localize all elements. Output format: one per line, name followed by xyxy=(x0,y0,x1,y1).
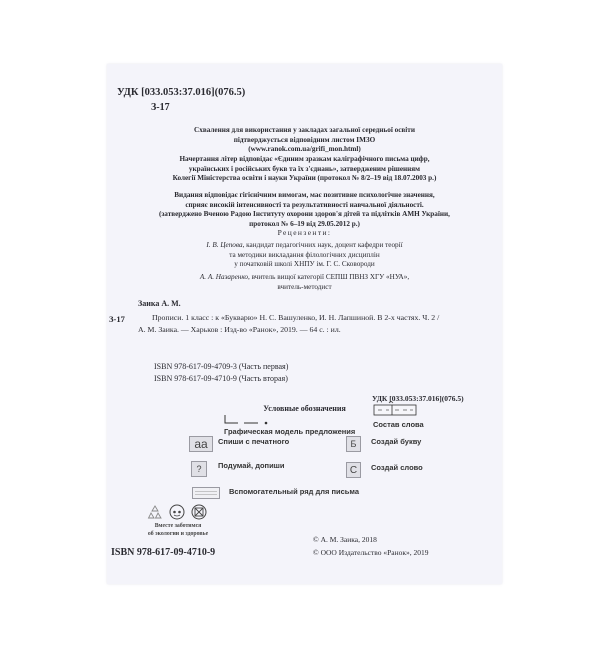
udk-code-top: УДК [033.053:37.016](076.5) xyxy=(117,87,245,98)
author-mark-top: З-17 xyxy=(151,102,170,113)
copyright-publisher: © ООО Издательство «Ранок», 2019 xyxy=(313,548,429,557)
legend-label-sentence-model: Графическая модель предложения xyxy=(224,427,355,436)
bibliography-description: Прописи. 1 класс : к «Букварю» Н. С. Ваш… xyxy=(138,312,448,335)
reviewer-1: І. В. Цепова, кандидат педагогічних наук… xyxy=(107,241,502,270)
no-wash-icon xyxy=(191,504,207,522)
create-word-icon: С xyxy=(346,462,361,478)
legend-label-word-composition: Состав слова xyxy=(373,420,424,429)
isbn-main: ISBN 978-617-09-4710-9 xyxy=(111,547,215,558)
legend-label-print-to-script: Спиши с печатного xyxy=(218,437,289,446)
bibliography-author-mark: З-17 xyxy=(109,314,125,324)
recycle-icon xyxy=(147,504,163,522)
legend-label-think-complete: Подумай, допиши xyxy=(218,461,285,470)
copyright-author: © А. М. Заика, 2018 xyxy=(313,535,377,544)
print-to-script-icon: аа xyxy=(189,436,213,452)
isbn-part-1: ISBN 978-617-09-4709-3 (Часть первая) xyxy=(154,362,288,371)
legend-label-create-word: Создай слово xyxy=(371,463,423,472)
eco-icons-group xyxy=(147,504,207,522)
legend-title: Условные обозначения xyxy=(107,404,502,413)
legend-label-auxiliary-row: Вспомогательный ряд для письма xyxy=(229,487,359,496)
calligraphy-compliance-statement: Начертання літер відповідає «Єдиним зраз… xyxy=(107,155,502,184)
smiley-icon xyxy=(169,504,185,522)
bibliography-author: Заика А. М. xyxy=(138,299,181,308)
auxiliary-row-icon xyxy=(192,487,220,499)
hygiene-compliance-statement: Видання відповідає гігієнічним вимогам, … xyxy=(107,191,502,229)
sentence-model-icon xyxy=(224,413,284,427)
question-icon: ? xyxy=(191,461,207,477)
reviewer-2: А. А. Назаренко, вчитель вищої категорії… xyxy=(107,273,502,292)
isbn-part-2: ISBN 978-617-09-4710-9 (Часть вторая) xyxy=(154,374,288,383)
word-composition-icon xyxy=(373,401,417,417)
legend-label-create-letter: Создай букву xyxy=(371,437,421,446)
reviewer-1-name: І. В. Цепова xyxy=(206,241,242,249)
create-letter-icon: Б xyxy=(346,436,361,452)
reviewer-2-name: А. А. Назаренко xyxy=(200,273,248,281)
eco-caption: Вместе заботимся об экологии и здоровье xyxy=(139,523,217,538)
reviewers-heading: Рецензенти: xyxy=(107,228,502,238)
book-imprint-page: УДК [033.053:37.016](076.5) З-17 Схвален… xyxy=(107,64,502,584)
approval-statement: Схвалення для використання у закладах за… xyxy=(107,126,502,155)
